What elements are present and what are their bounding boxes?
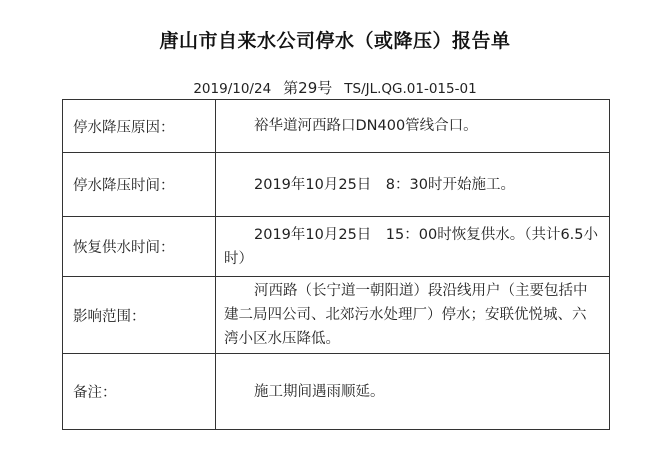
table-row-reason: 停水降压原因： 裕华道河西路口DN400管线合口。 [63, 100, 610, 153]
affected-area-text: 河西路（长宁道一朝阳道）段沿线用户（主要包括中建二局四公司、北郊污水处理厂）停水… [224, 283, 588, 347]
row-value: 施工期间遇雨顺延。 [216, 354, 610, 430]
report-serial-number: 第29号 [283, 79, 332, 97]
row-value: 河西路（长宁道一朝阳道）段沿线用户（主要包括中建二局四公司、北郊污水处理厂）停水… [216, 277, 610, 354]
table-row-affected-area: 影响范围： 河西路（长宁道一朝阳道）段沿线用户（主要包括中建二局四公司、北郊污水… [63, 277, 610, 354]
outage-time-text: 2019年10月25日 8：30时开始施工。 [254, 177, 515, 193]
table-row-outage-time: 停水降压时间： 2019年10月25日 8：30时开始施工。 [63, 153, 610, 217]
document-title: 唐山市自来水公司停水（或降压）报告单 [0, 26, 670, 53]
row-value: 2019年10月25日 8：30时开始施工。 [216, 153, 610, 217]
row-label: 停水降压时间： [63, 153, 216, 217]
row-label: 恢复供水时间： [63, 217, 216, 277]
row-label: 备注： [63, 354, 216, 430]
table-row-restore-time: 恢复供水时间： 2019年10月25日 15：00时恢复供水。（共计6.5小时） [63, 217, 610, 277]
document-meta-line: 2019/10/24第29号TS/JL.QG.01-015-01 [0, 77, 670, 98]
row-label: 影响范围： [63, 277, 216, 354]
remarks-text: 施工期间遇雨顺延。 [254, 384, 385, 400]
row-value: 2019年10月25日 15：00时恢复供水。（共计6.5小时） [216, 217, 610, 277]
row-label: 停水降压原因： [63, 100, 216, 153]
report-date: 2019/10/24 [193, 81, 271, 97]
report-table: 停水降压原因： 裕华道河西路口DN400管线合口。 停水降压时间： 2019年1… [62, 99, 610, 430]
form-code: TS/JL.QG.01-015-01 [344, 81, 476, 97]
restore-time-text: 2019年10月25日 15：00时恢复供水。（共计6.5小时） [224, 227, 598, 267]
reason-text: 裕华道河西路口DN400管线合口。 [254, 118, 478, 134]
table-row-remarks: 备注： 施工期间遇雨顺延。 [63, 354, 610, 430]
row-value: 裕华道河西路口DN400管线合口。 [216, 100, 610, 153]
